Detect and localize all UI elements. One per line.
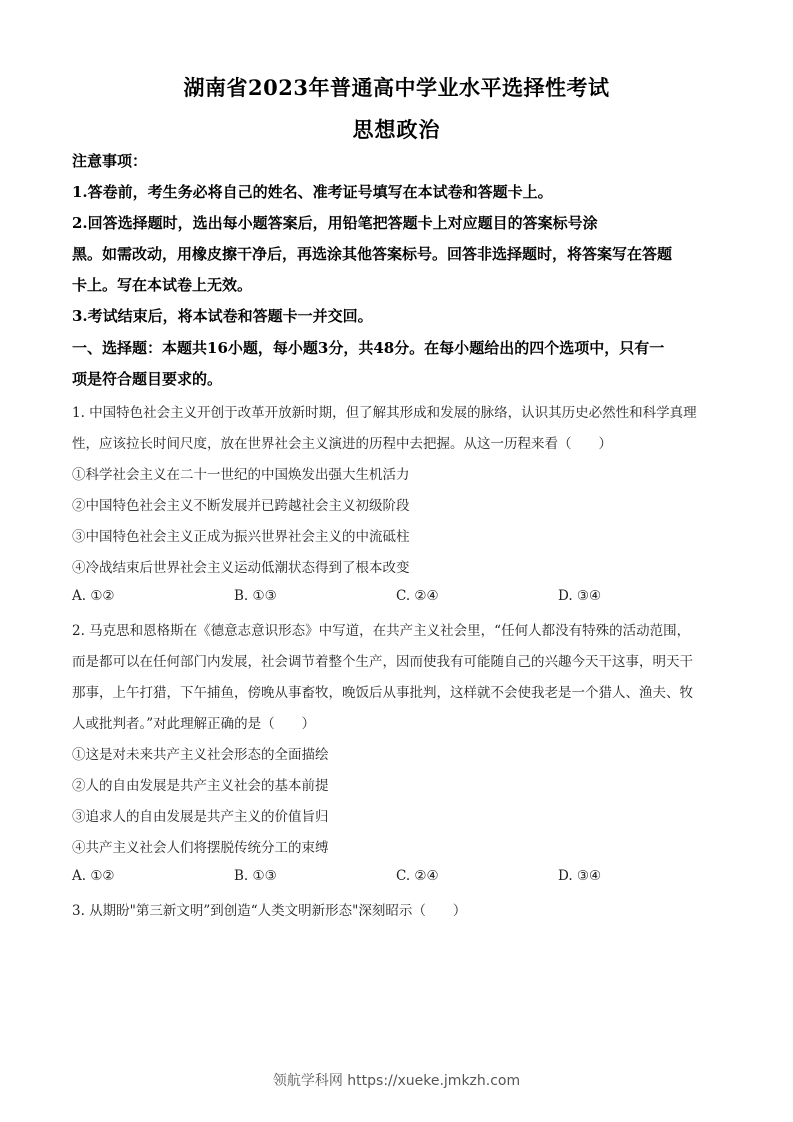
option-d[interactable]: D. ③④ [558, 588, 601, 604]
notice-line: 卡上。写在本试卷上无效。 [72, 274, 252, 295]
notice-line: 3.考试结束后，将本试卷和答题卡一并交回。 [72, 305, 373, 326]
section-heading: 一、选择题：本题共16小题，每小题3分，共48分。在每小题给出的四个选项中，只有… [72, 337, 664, 358]
question-2-stem: 那事，上午打猎，下午捕鱼，傍晚从事畜牧，晚饭后从事批判，这样就不会使我老是一个猎… [72, 681, 693, 701]
question-1-item: ①科学社会主义在二十一世纪的中国焕发出强大生机活力 [72, 463, 410, 483]
option-b[interactable]: B. ①③ [234, 588, 277, 604]
option-c[interactable]: C. ②④ [396, 588, 439, 604]
exam-title: 湖南省2023年普通高中学业水平选择性考试 [0, 72, 793, 102]
question-1-item: ②中国特色社会主义不断发展并已跨越社会主义初级阶段 [72, 494, 410, 514]
question-2-stem: 而是都可以在任何部门内发展，社会调节着整个生产，因而使我有可能随自己的兴趣今天干… [72, 650, 693, 670]
notice-heading: 注意事项： [72, 150, 147, 171]
option-d[interactable]: D. ③④ [558, 868, 601, 884]
notice-line: 黑。如需改动，用橡皮擦干净后，再选涂其他答案标号。回答非选择题时，将答案写在答题 [72, 243, 672, 264]
notice-line: 1.答卷前，考生务必将自己的姓名、准考证号填写在本试卷和答题卡上。 [72, 181, 553, 202]
notice-line: 2.回答选择题时，选出每小题答案后，用铅笔把答题卡上对应题目的答案标号涂 [72, 212, 598, 233]
question-2-stem: 人或批判者。”对此理解正确的是（ ） [72, 712, 315, 732]
question-2-item: ①这是对未来共产主义社会形态的全面描绘 [72, 743, 329, 763]
question-3-stem: 3. 从期盼"第三新文明”到创造“人类文明新形态"深刻昭示（ ） [72, 899, 466, 919]
watermark-footer: 领航学科网 https://xueke.jmkzh.com [0, 1070, 793, 1090]
section-heading: 项是符合题目要求的。 [72, 368, 222, 389]
option-c[interactable]: C. ②④ [396, 868, 439, 884]
option-b[interactable]: B. ①③ [234, 868, 277, 884]
question-2-item: ②人的自由发展是共产主义社会的基本前提 [72, 774, 329, 794]
question-2-stem: 2. 马克思和恩格斯在《德意志意识形态》中写道，在共产主义社会里，“任何人都没有… [72, 619, 690, 639]
question-1-stem: 性，应该拉长时间尺度，放在世界社会主义演进的历程中去把握。从这一历程来看（ ） [72, 432, 612, 452]
option-a[interactable]: A. ①② [72, 588, 115, 604]
question-2-item: ③追求人的自由发展是共产主义的价值旨归 [72, 805, 329, 825]
question-1-item: ④冷战结束后世界社会主义运动低潮状态得到了根本改变 [72, 556, 410, 576]
option-a[interactable]: A. ①② [72, 868, 115, 884]
question-1-stem: 1. 中国特色社会主义开创于改革开放新时期，但了解其形成和发展的脉络，认识其历史… [72, 401, 697, 421]
question-1-item: ③中国特色社会主义正成为振兴世界社会主义的中流砥柱 [72, 525, 410, 545]
subject-title: 思想政治 [0, 114, 793, 144]
question-2-item: ④共产主义社会人们将摆脱传统分工的束缚 [72, 836, 329, 856]
